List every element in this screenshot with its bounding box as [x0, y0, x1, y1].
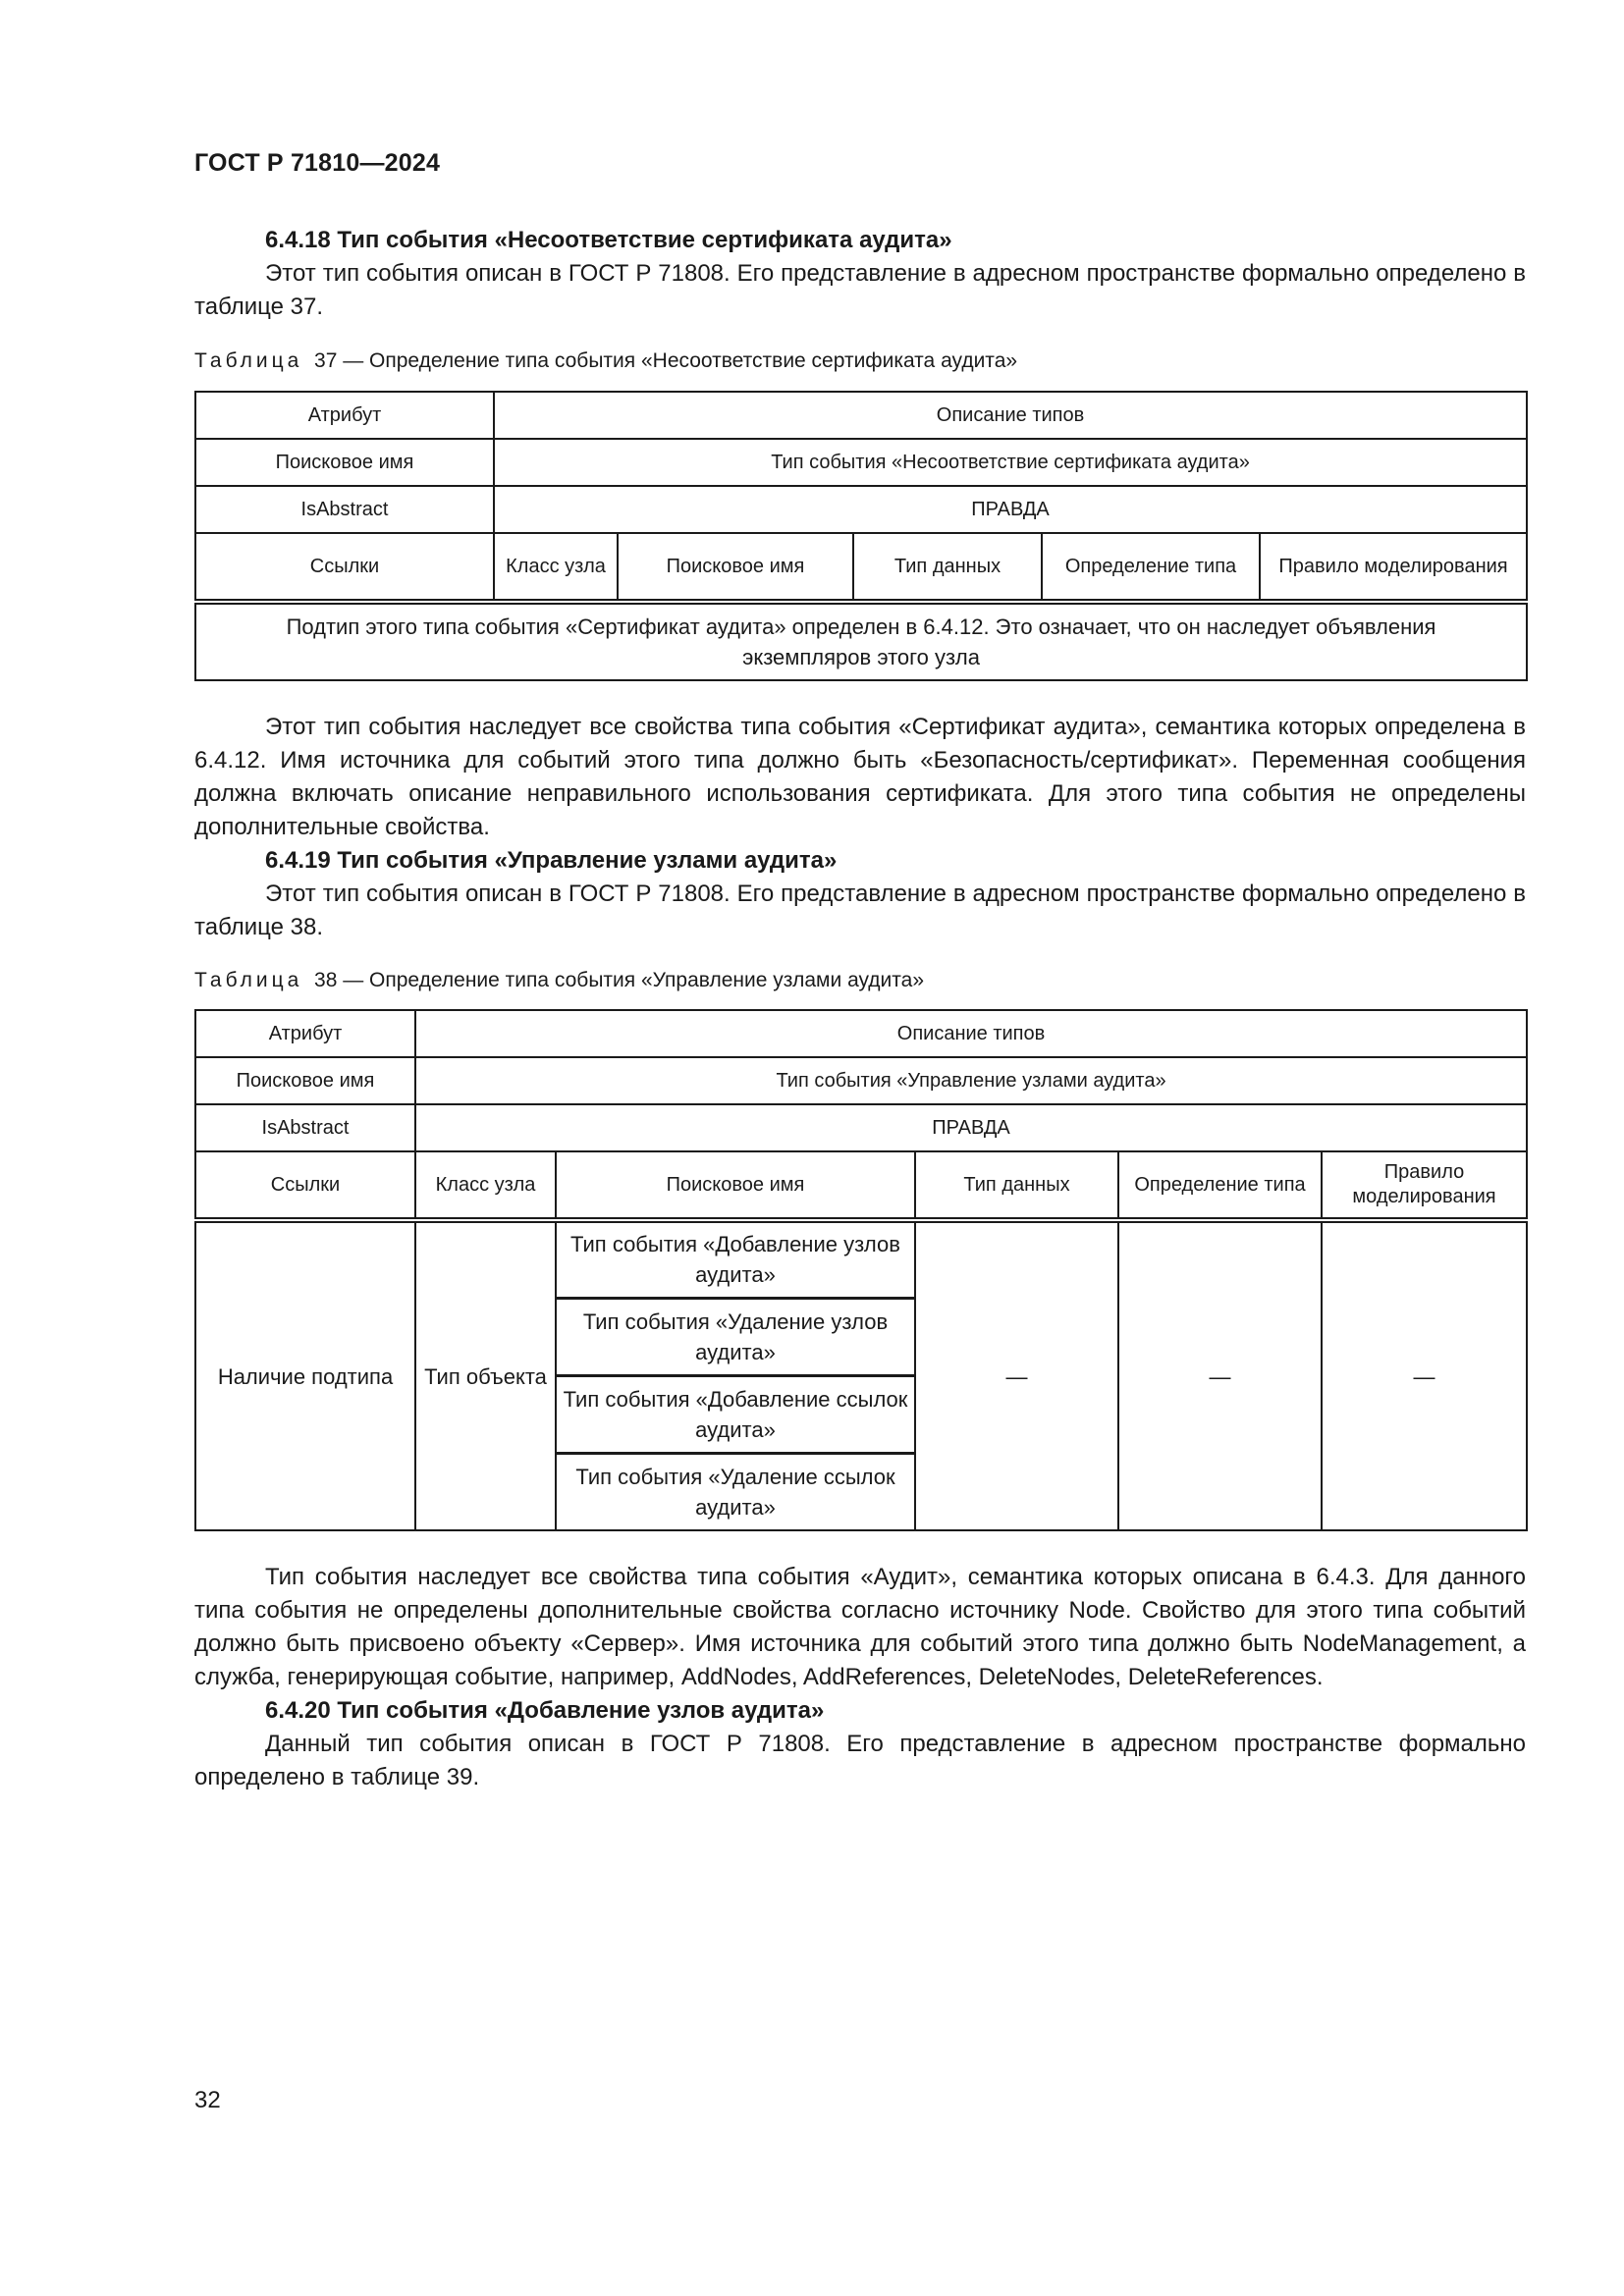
section-heading: 6.4.20 Тип события «Добавление узлов ауд… [194, 1694, 1526, 1728]
attr-header: Атрибут [195, 392, 494, 439]
browse-name-value: Тип события «Несоответствие сертификата … [494, 439, 1527, 486]
section-intro: Этот тип события описан в ГОСТ Р 71808. … [194, 257, 1526, 324]
section-after-text: Этот тип события наследует все свойства … [194, 711, 1526, 844]
section-6-4-18: 6.4.18 Тип события «Несоответствие серти… [194, 224, 1526, 324]
ref-header-references: Ссылки [195, 1151, 415, 1220]
is-abstract-value: ПРАВДА [494, 486, 1527, 533]
document-id-header: ГОСТ Р 71810—2024 [194, 149, 440, 178]
ref-header-references: Ссылки [195, 533, 494, 602]
browse-name-label: Поисковое имя [195, 1057, 415, 1104]
is-abstract-value: ПРАВДА [415, 1104, 1527, 1151]
ref-header-type-definition: Определение типа [1118, 1151, 1322, 1220]
subtype-note: Подтип этого типа события «Сертификат ау… [195, 602, 1527, 680]
section-after-text: Тип события наследует все свойства типа … [194, 1561, 1526, 1694]
is-abstract-label: IsAbstract [195, 486, 494, 533]
ref-header-modelling-rule: Правило моделирования [1260, 533, 1527, 602]
attr-header: Атрибут [195, 1010, 415, 1057]
caption-text: 38 — Определение типа события «Управлени… [314, 969, 924, 991]
browse-name-cell: Тип события «Удаление ссылок аудита» [556, 1453, 915, 1530]
page-number: 32 [194, 2087, 221, 2114]
ref-header-browse-name: Поисковое имя [556, 1151, 915, 1220]
section-6-4-18-description: Этот тип события наследует все свойства … [194, 711, 1526, 944]
browse-name-cell: Тип события «Добавление ссылок аудита» [556, 1375, 915, 1453]
section-heading: 6.4.19 Тип события «Управление узлами ау… [194, 844, 1526, 878]
ref-header-type-definition: Определение типа [1042, 533, 1260, 602]
type-definition-cell: — [1118, 1220, 1322, 1530]
ref-header-data-type: Тип данных [915, 1151, 1118, 1220]
reference-type-cell: Наличие подтипа [195, 1220, 415, 1530]
caption-label: Таблица [194, 349, 302, 372]
table-row: Наличие подтипа Тип объекта Тип события … [195, 1220, 1527, 1298]
desc-header: Описание типов [494, 392, 1527, 439]
is-abstract-label: IsAbstract [195, 1104, 415, 1151]
section-heading: 6.4.18 Тип события «Несоответствие серти… [194, 224, 1526, 257]
table-38-caption: Таблица 38 — Определение типа события «У… [194, 966, 1526, 995]
caption-label: Таблица [194, 969, 302, 991]
browse-name-cell: Тип события «Добавление узлов аудита» [556, 1220, 915, 1298]
ref-header-modelling-rule: Правило моделирования [1322, 1151, 1527, 1220]
ref-header-browse-name: Поисковое имя [618, 533, 853, 602]
browse-name-value: Тип события «Управление узлами аудита» [415, 1057, 1527, 1104]
node-class-cell: Тип объекта [415, 1220, 556, 1530]
ref-header-node-class: Класс узла [494, 533, 618, 602]
caption-text: 37 — Определение типа события «Несоответ… [314, 349, 1017, 372]
browse-name-label: Поисковое имя [195, 439, 494, 486]
data-type-cell: — [915, 1220, 1118, 1530]
table-37: Атрибут Описание типов Поисковое имя Тип… [194, 391, 1526, 681]
section-intro: Этот тип события описан в ГОСТ Р 71808. … [194, 878, 1526, 944]
ref-header-data-type: Тип данных [853, 533, 1042, 602]
ref-header-node-class: Класс узла [415, 1151, 556, 1220]
section-intro: Данный тип события описан в ГОСТ Р 71808… [194, 1728, 1526, 1794]
modelling-rule-cell: — [1322, 1220, 1527, 1530]
desc-header: Описание типов [415, 1010, 1527, 1057]
table-37-caption: Таблица 37 — Определение типа события «Н… [194, 347, 1526, 376]
section-6-4-19-description: Тип события наследует все свойства типа … [194, 1561, 1526, 1794]
table-38: Атрибут Описание типов Поисковое имя Тип… [194, 1009, 1526, 1531]
browse-name-cell: Тип события «Удаление узлов аудита» [556, 1298, 915, 1375]
